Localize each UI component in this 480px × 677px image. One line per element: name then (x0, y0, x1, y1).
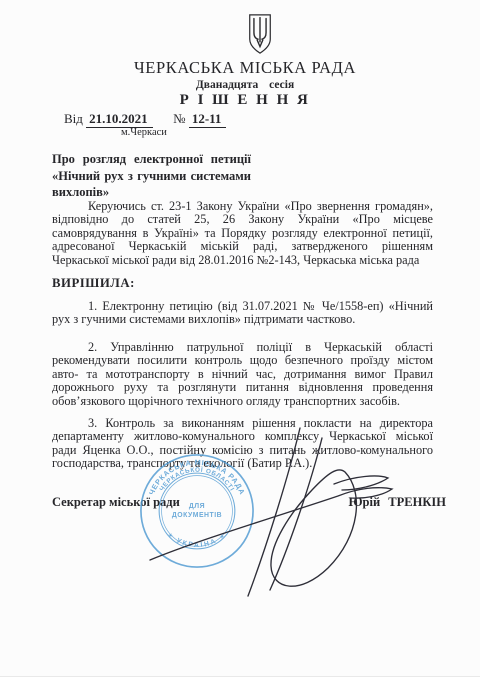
document-page: ЧЕРКАСЬКА МІСЬКА РАДА Дванадцята сесія Р… (0, 0, 480, 677)
session-label: Дванадцята сесія (30, 79, 460, 91)
subject-block: Про розгляд електронної петиції «Нічний … (52, 151, 251, 201)
resolved-heading: ВИРІШИЛА: (52, 276, 135, 291)
document-type-title: Р І Ш Е Н Н Я (30, 92, 460, 109)
preamble-paragraph: Керуючись ст. 23-1 Закону України «Про з… (52, 200, 433, 267)
resolution-item: 1. Електронну петицію (від 31.07.2021 № … (52, 300, 433, 327)
organization-name: ЧЕРКАСЬКА МІСЬКА РАДА (30, 58, 460, 78)
number-value: 12-11 (189, 111, 227, 128)
handwritten-signature (138, 418, 402, 613)
resolution-item: 2. Управлінню патрульної поліції в Черка… (52, 341, 433, 408)
date-value: 21.10.2021 (86, 111, 153, 128)
city-label: м.Черкаси (121, 127, 167, 138)
document-header: ЧЕРКАСЬКА МІСЬКА РАДА Дванадцята сесія Р… (30, 58, 460, 109)
ukraine-trident-emblem-icon (246, 13, 274, 55)
date-label: Від (64, 111, 83, 126)
document-meta-line: Від 21.10.2021 № 12-11 (64, 111, 226, 127)
number-label: № (173, 111, 185, 126)
